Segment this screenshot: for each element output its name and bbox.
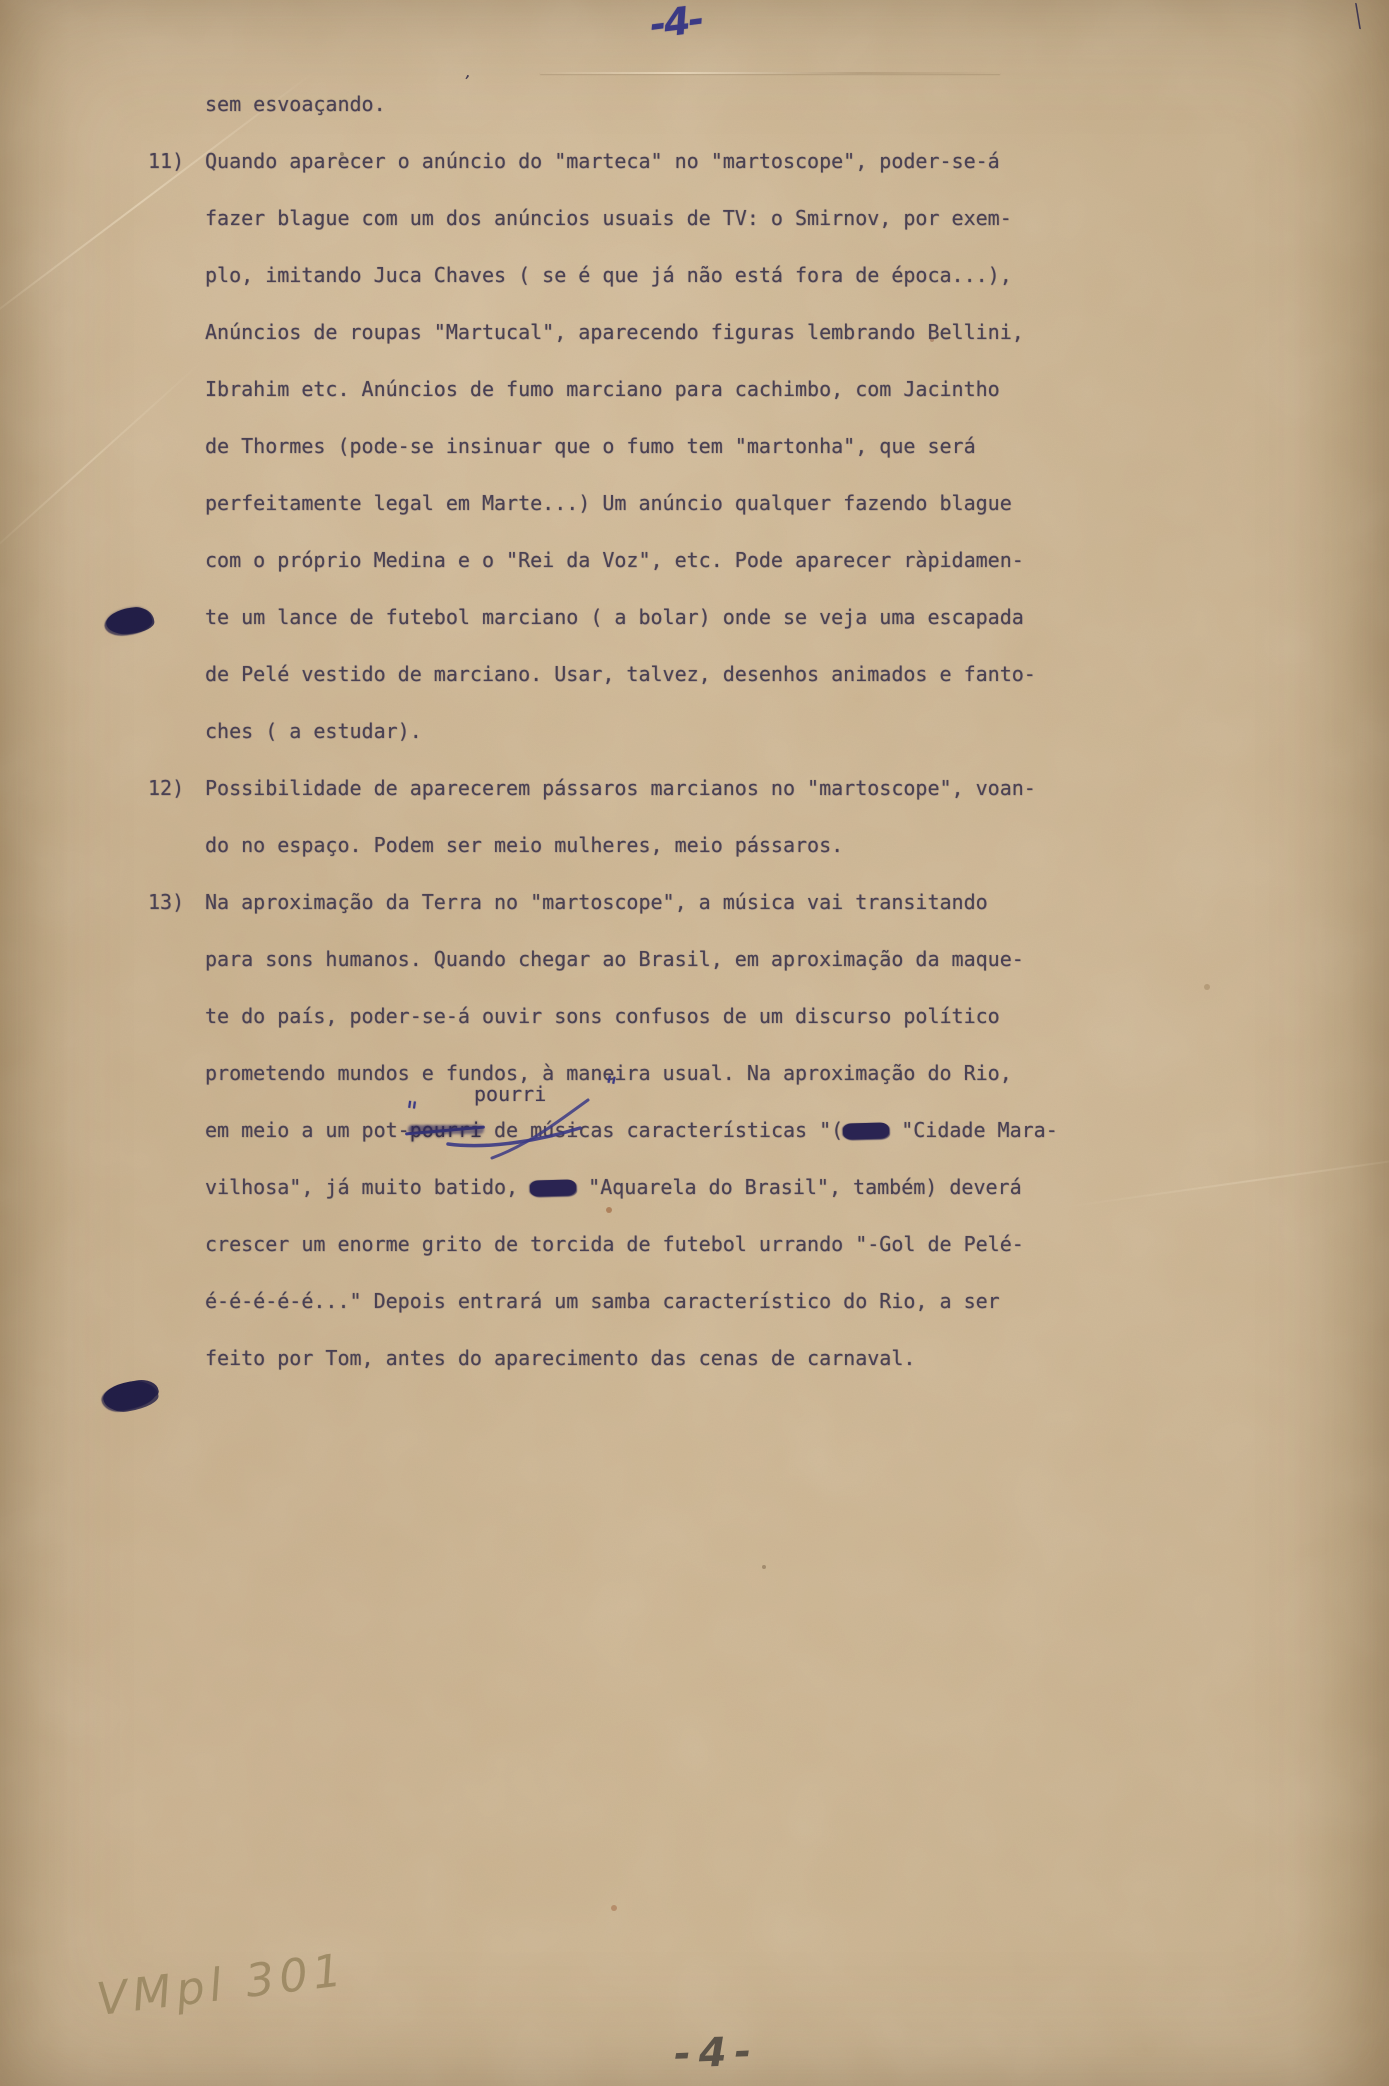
handwritten-page-number-bottom: -4- [673, 2029, 760, 2078]
typed-line: com o próprio Medina e o "Rei da Voz", e… [205, 548, 1024, 572]
typed-line: de Thormes (pode-se insinuar que o fumo … [205, 434, 976, 458]
typed-line: vilhosa", já muito batido, "Aquarela do … [205, 1175, 1022, 1199]
typed-line: do no espaço. Podem ser meio mulheres, m… [205, 833, 843, 857]
typed-line: 12)Possibilidade de aparecerem pássaros … [205, 776, 1036, 800]
typed-line: feito por Tom, antes do aparecimento das… [205, 1346, 915, 1370]
typed-text: "Aquarela do Brasil", também) deverá [576, 1175, 1022, 1199]
typed-line: Ibrahim etc. Anúncios de fumo marciano p… [205, 377, 1000, 401]
typed-line: perfeitamente legal em Marte...) Um anún… [205, 491, 1012, 515]
typed-line: Anúncios de roupas "Martucal", aparecend… [205, 320, 1024, 344]
ink-blot [105, 605, 154, 635]
ink-smear [843, 1122, 889, 1139]
item-number: 13) [148, 890, 184, 914]
typed-text: vilhosa", já muito batido, [205, 1175, 530, 1199]
ink-smear [530, 1179, 576, 1196]
handwritten-page-number-top: -4- [648, 0, 705, 47]
typed-line: 13)Na aproximação da Terra no "martoscop… [205, 890, 988, 914]
typed-line: sem esvoaçando. [205, 92, 386, 116]
typed-line: te um lance de futebol marciano ( a bola… [205, 605, 1024, 629]
typed-line: te do país, poder-se-á ouvir sons confus… [205, 1004, 1000, 1028]
typed-line: 11)Quando aparecer o anúncio do "marteca… [205, 149, 1000, 173]
blue-ink-correction-strokes [430, 1086, 660, 1166]
typed-line: é-é-é-é-é..." Depois entrará um samba ca… [205, 1289, 1000, 1313]
typed-line: para sons humanos. Quando chegar ao Bras… [205, 947, 1024, 971]
item-number: 11) [148, 149, 184, 173]
typed-text: "Cidade Mara- [889, 1118, 1058, 1142]
typewritten-text: sem esvoaçando.11)Quando aparecer o anún… [0, 0, 1389, 2086]
typed-line: ches ( a estudar). [205, 719, 422, 743]
scanned-typewritten-page: -4- ’ ╲ sem esvoaçando.11)Quando aparece… [0, 0, 1389, 2086]
item-number: 12) [148, 776, 184, 800]
paper-specks [0, 0, 4, 4]
typed-line: de Pelé vestido de marciano. Usar, talve… [205, 662, 1036, 686]
typed-text: em meio a um pot- [205, 1118, 410, 1142]
typed-line: crescer um enorme grito de torcida de fu… [205, 1232, 1024, 1256]
typed-line: fazer blague com um dos anúncios usuais … [205, 206, 1012, 230]
typed-line: plo, imitando Juca Chaves ( se é que já … [205, 263, 1012, 287]
